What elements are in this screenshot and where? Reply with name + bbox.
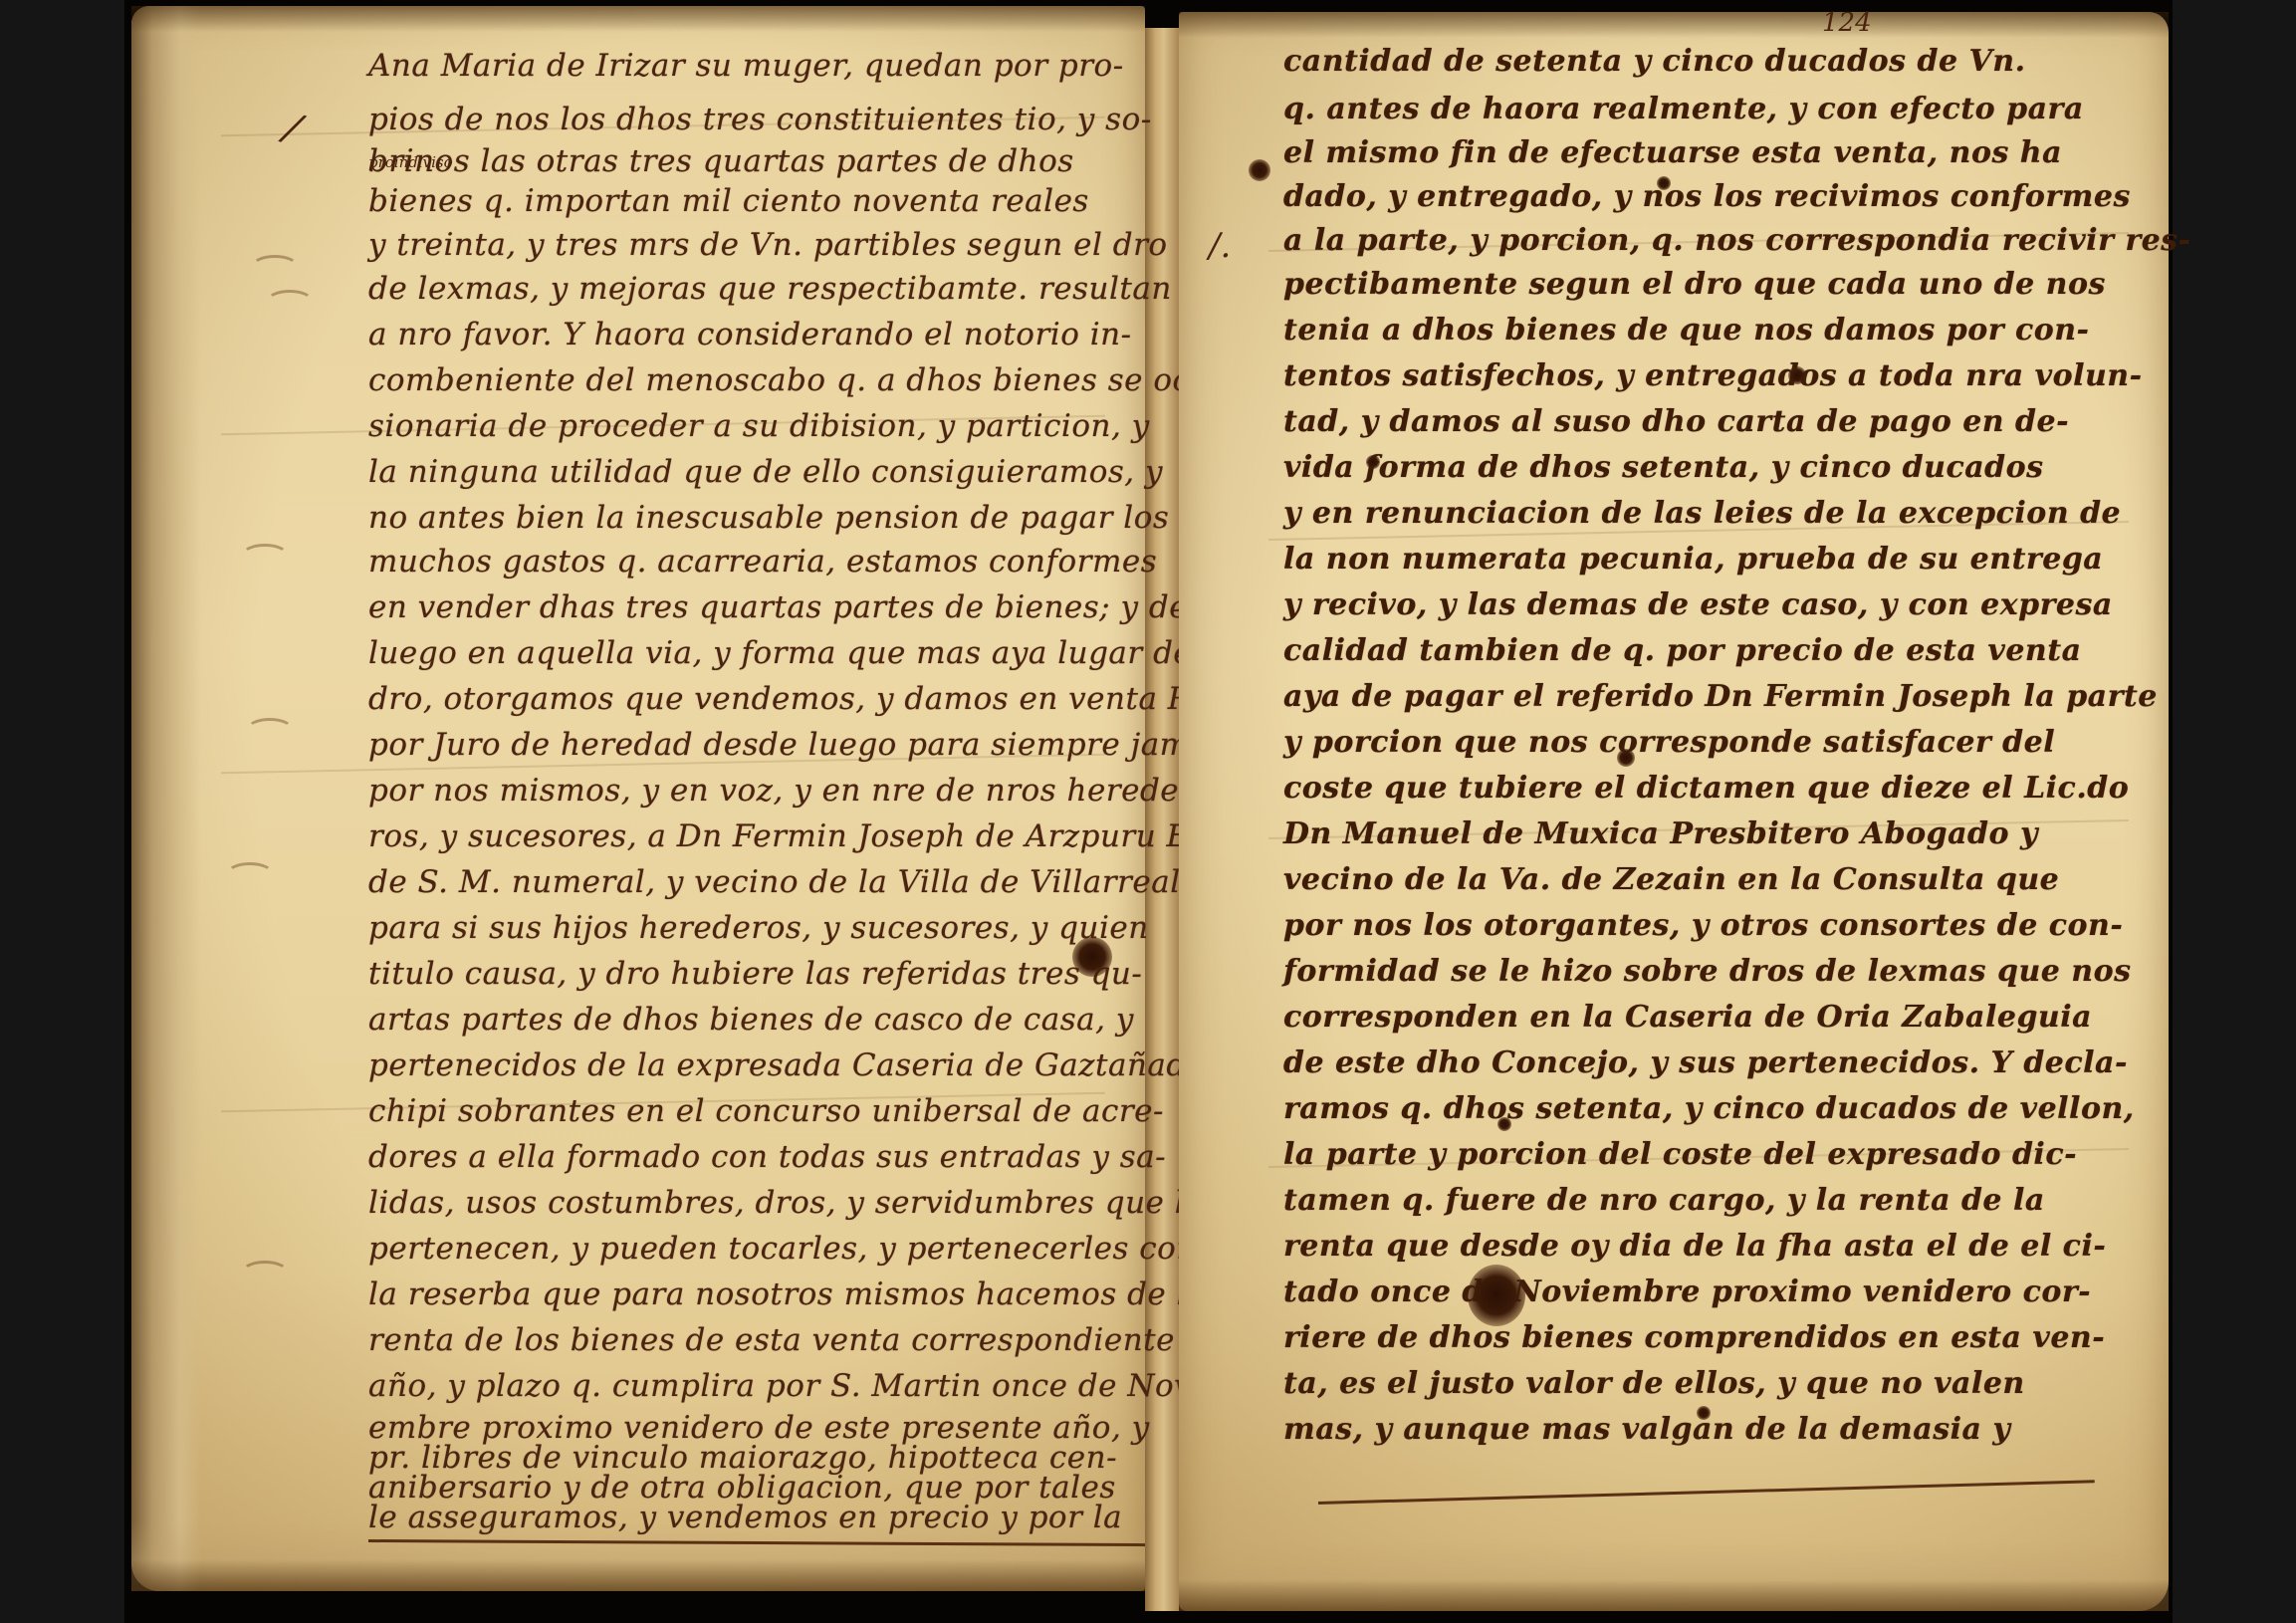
text-line: calidad tambien de q. por precio de esta… bbox=[1283, 633, 2082, 668]
text-line: cantidad de setenta y cinco ducados de V… bbox=[1283, 44, 2026, 79]
text-line: pertenecen, y pueden tocarles, y pertene… bbox=[368, 1231, 1197, 1267]
text-line: lidas, usos costumbres, dros, y servidum… bbox=[368, 1185, 1204, 1221]
ink-blot bbox=[1497, 1117, 1511, 1131]
text-line: por nos mismos, y en voz, y en nre de nr… bbox=[368, 773, 1190, 809]
text-line: la parte y porcion del coste del expresa… bbox=[1283, 1137, 2077, 1172]
text-line: aya de pagar el referido Dn Fermin Josep… bbox=[1283, 679, 2158, 714]
bleed-through-swash bbox=[226, 862, 274, 886]
ink-blot bbox=[1788, 366, 1806, 384]
text-line: y porcion que nos corresponde satisfacer… bbox=[1283, 725, 2055, 760]
right-page-top-shadow bbox=[1179, 12, 2169, 38]
text-line: coste que tubiere el dictamen que dieze … bbox=[1283, 771, 2129, 806]
folio-number: 124 bbox=[1822, 8, 1872, 38]
ink-blot bbox=[1072, 937, 1112, 977]
text-line: luego en aquella via, y forma que mas ay… bbox=[368, 635, 1192, 671]
text-line: de S. M. numeral, y vecino de la Villa d… bbox=[368, 864, 1181, 900]
left-page-worn-edge bbox=[131, 6, 201, 1591]
text-line: riere de dhos bienes comprendidos en est… bbox=[1283, 1320, 2105, 1355]
left-page: / proindiviso Ana Maria de Irizar su mug… bbox=[131, 6, 1145, 1591]
text-line: dores a ella formado con todas sus entra… bbox=[368, 1139, 1166, 1175]
text-line: la reserba que para nosotros mismos hace… bbox=[368, 1276, 1206, 1312]
text-line: la ninguna utilidad que de ello consigui… bbox=[368, 454, 1163, 490]
text-line: la non numerata pecunia, prueba de su en… bbox=[1283, 542, 2103, 577]
text-line: q. antes de haora realmente, y con efect… bbox=[1283, 92, 2084, 126]
text-line: Ana Maria de Irizar su muger, quedan por… bbox=[368, 48, 1124, 84]
text-line: a la parte, y porcion, q. nos correspond… bbox=[1283, 223, 2191, 258]
right-page-worn-bottom bbox=[1179, 1541, 2169, 1611]
text-line: y recivo, y las demas de este caso, y co… bbox=[1283, 587, 2113, 622]
text-line: de este dho Concejo, y sus pertenecidos.… bbox=[1283, 1045, 2128, 1080]
text-line: en vender dhas tres quartas partes de bi… bbox=[368, 589, 1244, 625]
ink-blot bbox=[1617, 749, 1635, 767]
bleed-through-swash bbox=[266, 290, 314, 314]
left-page-top-shadow bbox=[131, 6, 1145, 32]
text-line: para si sus hijos herederos, y sucesores… bbox=[368, 910, 1149, 946]
text-line: combeniente del menoscabo q. a dhos bien… bbox=[368, 362, 1220, 398]
text-line: vida forma de dhos setenta, y cinco duca… bbox=[1283, 450, 2044, 485]
text-line: chipi sobrantes en el concurso unibersal… bbox=[368, 1093, 1164, 1129]
text-line: vecino de la Va. de Zezain en la Consult… bbox=[1283, 862, 2059, 897]
text-line: pertenecidos de la expresada Caseria de … bbox=[368, 1047, 1208, 1083]
text-line: por nos los otorgantes, y otros consorte… bbox=[1283, 908, 2123, 943]
text-line: ramos q. dhos setenta, y cinco ducados d… bbox=[1283, 1091, 2135, 1126]
text-line: Dn Manuel de Muxica Presbitero Abogado y bbox=[1283, 816, 2038, 851]
text-line: y en renunciacion de las leies de la exc… bbox=[1283, 496, 2121, 531]
bleed-through-swash bbox=[241, 544, 289, 568]
text-line: bienes q. importan mil ciento noventa re… bbox=[368, 183, 1089, 219]
text-line: tamen q. fuere de nro cargo, y la renta … bbox=[1283, 1183, 2045, 1218]
ink-blot bbox=[1249, 159, 1270, 181]
margin-mark: / bbox=[279, 105, 306, 152]
text-line: formidad se le hizo sobre dros de lexmas… bbox=[1283, 954, 2132, 989]
bleed-through-swash bbox=[251, 255, 299, 279]
text-line: brinos las otras tres quartas partes de … bbox=[368, 143, 1074, 179]
text-line: dro, otorgamos que vendemos, y damos en … bbox=[368, 681, 1212, 717]
text-line: tentos satisfechos, y entregados a toda … bbox=[1283, 358, 2143, 393]
bleed-through-swash bbox=[246, 718, 294, 742]
ink-blot bbox=[1468, 1265, 1525, 1326]
text-line: por Juro de heredad desde luego para sie… bbox=[368, 727, 1225, 763]
text-line: y treinta, y tres mrs de Vn. partibles s… bbox=[368, 227, 1168, 263]
right-page: 124 /. cantidad de setenta y cinco ducad… bbox=[1179, 12, 2169, 1611]
text-line: tado once de Noviembre proximo venidero … bbox=[1283, 1275, 2091, 1309]
text-line: le asseguramos, y vendemos en precio y p… bbox=[368, 1500, 1122, 1535]
left-letterbox bbox=[0, 0, 124, 1623]
margin-mark: /. bbox=[1209, 226, 1231, 266]
text-line: el mismo fin de efectuarse esta venta, n… bbox=[1283, 135, 2062, 170]
text-line: no antes bien la inescusable pension de … bbox=[368, 500, 1169, 536]
text-line: dado, y entregado, y nos los recivimos c… bbox=[1283, 179, 2131, 214]
text-line: corresponden en la Caseria de Oria Zabal… bbox=[1283, 1000, 2092, 1035]
text-line: pectibamente segun el dro que cada uno d… bbox=[1283, 267, 2106, 302]
closing-rule bbox=[1318, 1480, 2095, 1505]
text-line: tad, y damos al suso dho carta de pago e… bbox=[1283, 404, 2069, 439]
text-line: pios de nos los dhos tres constituientes… bbox=[368, 102, 1152, 137]
ink-blot bbox=[1657, 176, 1671, 190]
text-line: a nro favor. Y haora considerando el not… bbox=[368, 317, 1132, 352]
ink-blot bbox=[1366, 455, 1380, 469]
text-line: ros, y sucesores, a Dn Fermin Joseph de … bbox=[368, 818, 1217, 854]
text-line: muchos gastos q. acarrearia, estamos con… bbox=[368, 544, 1157, 580]
text-line: de lexmas, y mejoras que respectibamte. … bbox=[368, 271, 1172, 307]
text-line: renta que desde oy dia de la fha asta el… bbox=[1283, 1229, 2106, 1264]
bleed-through-swash bbox=[241, 1261, 289, 1284]
text-line: mas, y aunque mas valgan de la demasia y bbox=[1283, 1412, 2010, 1447]
text-line: sionaria de proceder a su dibision, y pa… bbox=[368, 408, 1150, 444]
text-line: renta de los bienes de esta venta corres… bbox=[368, 1322, 1215, 1358]
text-line: tenia a dhos bienes de que nos damos por… bbox=[1283, 313, 2090, 348]
text-line: año, y plazo q. cumplira por S. Martin o… bbox=[368, 1368, 1214, 1404]
ink-blot bbox=[1697, 1406, 1711, 1420]
text-line: artas partes de dhos bienes de casco de … bbox=[368, 1002, 1134, 1038]
text-line: titulo causa, y dro hubiere las referida… bbox=[368, 956, 1142, 992]
text-line: ta, es el justo valor de ellos, y que no… bbox=[1283, 1366, 2025, 1401]
